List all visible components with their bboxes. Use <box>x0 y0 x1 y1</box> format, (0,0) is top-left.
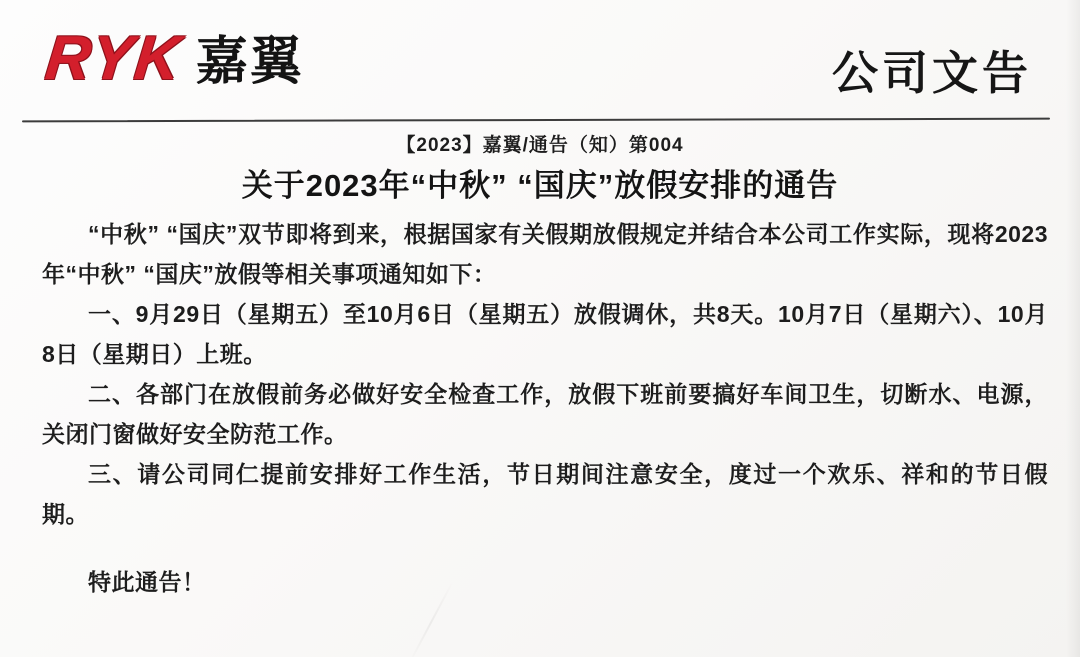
paragraph-item-2: 二、各部门在放假前务必做好安全检查工作，放假下班前要搞好车间卫生，切断水、电源，… <box>42 374 1048 454</box>
document-type-title: 公司文告 <box>832 50 1032 96</box>
document-header: RYK 嘉翼 公司文告 <box>0 0 1080 120</box>
header-divider-line <box>22 118 1050 123</box>
document-title: 关于2023年“中秋” “国庆”放假安排的通告 <box>0 160 1080 205</box>
announcement-page: RYK 嘉翼 公司文告 【2023】嘉翼/通告（知）第004 关于2023年“中… <box>0 0 1080 657</box>
paragraph-intro: “中秋” “国庆”双节即将到来，根据国家有关假期放假规定并结合本公司工作实际，现… <box>42 214 1048 294</box>
company-logo: RYK 嘉翼 <box>46 28 304 90</box>
logo-brand-text: RYK <box>43 28 185 90</box>
document-number: 【2023】嘉翼/通告（知）第004 <box>0 130 1080 157</box>
logo-company-name: 嘉翼 <box>196 36 304 88</box>
document-body: “中秋” “国庆”双节即将到来，根据国家有关假期放假规定并结合本公司工作实际，现… <box>42 214 1048 602</box>
paragraph-item-1: 一、9月29日（星期五）至10月6日（星期五）放假调休，共8天。10月7日（星期… <box>42 294 1048 374</box>
paragraph-item-3: 三、请公司同仁提前安排好工作生活，节日期间注意安全，度过一个欢乐、祥和的节日假期… <box>42 454 1048 534</box>
closing-statement: 特此通告！ <box>42 562 1048 602</box>
